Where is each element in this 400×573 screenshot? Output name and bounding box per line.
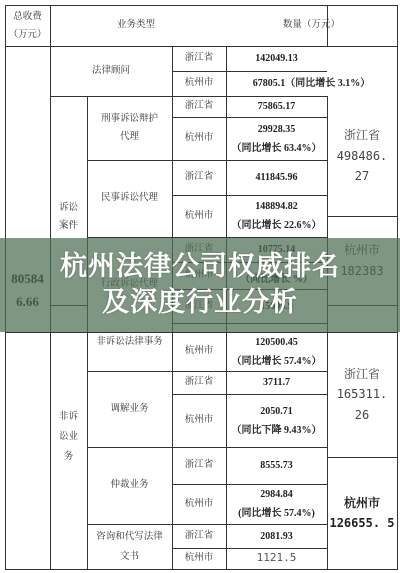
region-zhejiang: 浙江省 <box>185 527 214 545</box>
subtotal-region: 浙江省 <box>344 364 380 384</box>
criminal-hangzhou-growth: （同比增长 63.4%） <box>232 139 322 158</box>
non-litigation-subtotal-zhejiang: 浙江省 165311. 26 <box>327 332 397 457</box>
legal-advisor-label: 法律顾问 <box>50 46 172 96</box>
value-cell: 2081.93 <box>226 524 327 548</box>
table-border-bottom <box>5 569 398 570</box>
region-cell: 浙江省 <box>172 371 226 394</box>
region-cell: 杭州市 <box>172 71 226 96</box>
legal-advisor-hangzhou-value: 67805.1（同比增长 3.1%） <box>253 74 371 93</box>
non-litigation-category: 非诉 讼业 务 <box>50 305 87 569</box>
mediation-hangzhou-growth: （同比下降 9.43%） <box>232 421 322 440</box>
value-cell: 142049.13 <box>226 46 327 71</box>
region-cell: 浙江省 <box>172 160 226 195</box>
total-fee-header: 总收费 （万元） <box>5 5 50 46</box>
region-hangzhou: 杭州市 <box>185 74 214 92</box>
region-hangzhou: 杭州市 <box>185 207 214 225</box>
region-hangzhou: 杭州市 <box>185 549 214 567</box>
value-cell: 3711.7 <box>226 371 327 394</box>
legal-advisor-text: 法律顾问 <box>92 62 130 80</box>
region-cell: 浙江省 <box>172 46 226 71</box>
arbitration-hangzhou-growth: (同比增长 57.4%) <box>238 504 315 523</box>
region-cell: 浙江省 <box>172 524 226 548</box>
region-zhejiang: 浙江省 <box>185 373 214 391</box>
legal-affairs-hangzhou-growth: （同比增长 57.4%） <box>232 352 322 371</box>
non-litigation-category-line1: 非诉 <box>59 407 78 427</box>
business-type-header: 业务类型 <box>50 5 222 46</box>
region-zhejiang: 浙江省 <box>185 168 214 186</box>
arbitration-zhejiang-value: 8555.73 <box>260 456 293 475</box>
consulting-label: 咨询和代写法律 文书 <box>87 524 172 569</box>
region-zhejiang: 浙江省 <box>185 97 214 115</box>
region-cell: 杭州市 <box>172 195 226 237</box>
value-cell: 120500.45 （同比增长 57.4%） <box>226 332 327 371</box>
region-hangzhou: 杭州市 <box>185 411 214 429</box>
arbitration-hangzhou-value: 2984.84 <box>260 485 293 504</box>
legal-affairs-hangzhou-value: 120500.45 <box>255 333 298 352</box>
mediation-hangzhou-value: 2050.71 <box>260 402 293 421</box>
arbitration-text: 仲裁业务 <box>110 476 148 494</box>
consulting-label-line1: 咨询和代写法律 <box>96 527 163 547</box>
civil-zhejiang-value: 411845.96 <box>256 168 298 187</box>
civil-hangzhou-value: 148894.82 <box>255 197 298 216</box>
region-cell: 杭州市 <box>172 332 226 371</box>
subtotal-value: 165311. 26 <box>327 384 397 425</box>
criminal-defense-label: 刑事诉讼辩护 代理 <box>87 96 172 160</box>
value-cell: 75865.17 <box>226 96 327 117</box>
mediation-zhejiang-value: 3711.7 <box>263 373 290 392</box>
legal-advisor-zhejiang-value: 142049.13 <box>255 49 298 68</box>
subtotal-value: 126655. 5 <box>329 513 394 533</box>
region-cell: 杭州市 <box>172 394 226 447</box>
mediation-label: 调解业务 <box>87 371 172 447</box>
region-cell: 杭州市 <box>172 548 226 569</box>
region-cell: 杭州市 <box>172 117 226 160</box>
region-cell: 杭州市 <box>172 484 226 524</box>
region-zhejiang: 浙江省 <box>185 49 214 67</box>
business-type-header-label: 业务类型 <box>117 16 155 34</box>
non-litigation-subtotal-hangzhou: 杭州市 126655. 5 <box>327 457 397 569</box>
value-cell: 411845.96 <box>226 160 327 195</box>
region-cell: 浙江省 <box>172 447 226 484</box>
region-cell: 浙江省 <box>172 96 226 117</box>
value-cell: 1121.5 <box>226 548 327 569</box>
value-cell: 148894.82 （同比增长 22.6%） <box>226 195 327 237</box>
consulting-zhejiang-value: 2081.93 <box>260 527 293 546</box>
civil-hangzhou-growth: （同比增长 22.6%） <box>232 216 322 235</box>
region-hangzhou: 杭州市 <box>185 342 214 360</box>
non-litigation-affairs-label: 非诉讼法律事务 <box>87 332 172 371</box>
region-hangzhou: 杭州市 <box>185 495 214 513</box>
mediation-text: 调解业务 <box>110 400 148 418</box>
amount-header: 数量（万元） <box>226 5 397 46</box>
litigation-category-line2: 案件 <box>59 217 78 235</box>
value-cell: 2050.71 （同比下降 9.43%） <box>226 394 327 447</box>
consulting-label-line2: 文书 <box>120 547 139 567</box>
total-fee-header-line2: （万元） <box>8 26 46 43</box>
banner-title-line1: 杭州法律公司权威排名 <box>60 249 340 285</box>
criminal-zhejiang-value: 75865.17 <box>258 97 296 116</box>
arbitration-label: 仲裁业务 <box>87 447 172 524</box>
total-fee-header-line1: 总收费 <box>13 8 42 25</box>
subtotal-region: 杭州市 <box>344 493 380 513</box>
region-zhejiang: 浙江省 <box>185 456 214 474</box>
region-hangzhou: 杭州市 <box>185 129 214 147</box>
litigation-subtotal-zhejiang: 浙江省 498486. 27 <box>327 96 397 216</box>
title-banner: 杭州法律公司权威排名 及深度行业分析 <box>0 238 400 332</box>
criminal-hangzhou-value: 29928.35 <box>258 120 296 139</box>
value-cell: 29928.35 （同比增长 63.4%） <box>226 117 327 160</box>
value-cell: 8555.73 <box>226 447 327 484</box>
civil-litigation-label: 民事诉讼代理 <box>87 160 172 237</box>
amount-header-label: 数量（万元） <box>283 16 340 34</box>
non-litigation-category-line3: 务 <box>64 447 74 467</box>
legal-affairs-text: 非诉讼法律事务 <box>96 333 163 351</box>
criminal-label-line2: 代理 <box>120 128 139 146</box>
value-cell: 67805.1（同比增长 3.1%） <box>226 71 397 96</box>
value-cell: 2984.84 (同比增长 57.4%) <box>226 484 327 524</box>
subtotal-region: 浙江省 <box>344 125 380 145</box>
consulting-hangzhou-value: 1121.5 <box>257 548 297 569</box>
banner-title-line2: 及深度行业分析 <box>102 285 298 321</box>
civil-label-text: 民事诉讼代理 <box>101 189 158 207</box>
litigation-category-line1: 诉讼 <box>59 199 78 217</box>
subtotal-value: 498486. 27 <box>327 146 397 187</box>
criminal-label-line1: 刑事诉讼辩护 <box>101 110 158 128</box>
non-litigation-category-line2: 讼业 <box>59 427 78 447</box>
